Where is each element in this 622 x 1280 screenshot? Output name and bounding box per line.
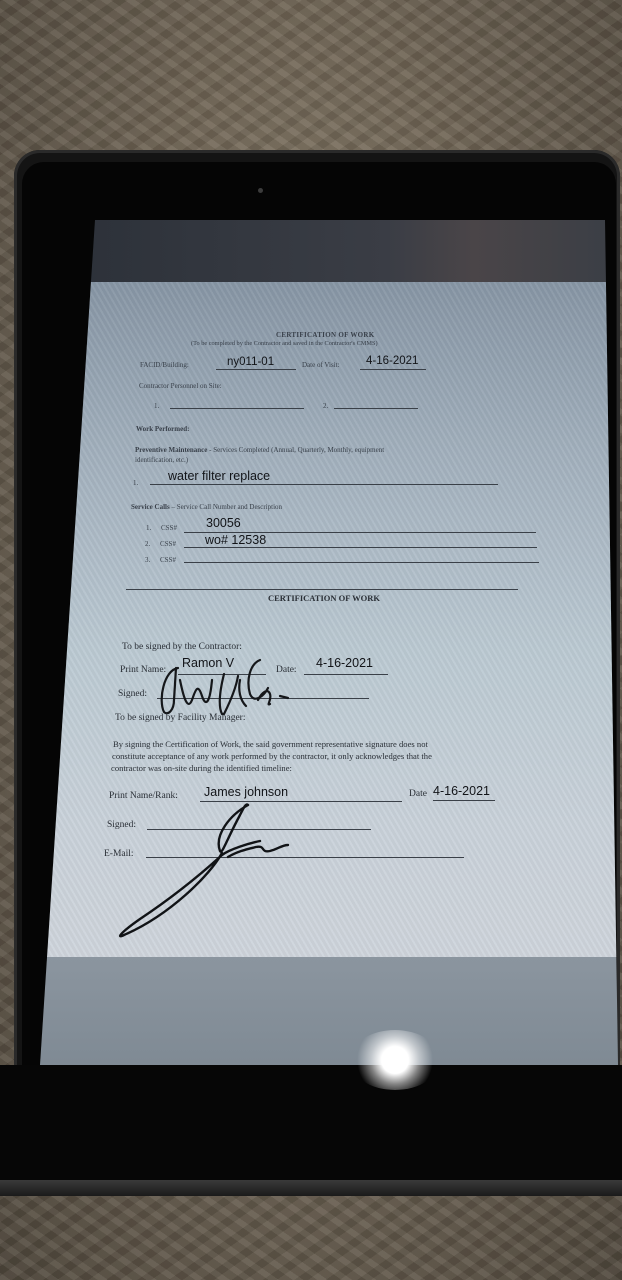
- pm-desc-line1: - Services Completed (Annual, Quarterly,…: [207, 446, 384, 454]
- work-performed-label: Work Performed:: [136, 425, 189, 433]
- disclaimer-line-3: contractor was on-site during the identi…: [111, 763, 292, 773]
- front-camera-icon: [258, 188, 263, 193]
- disclaimer-line-1: By signing the Certification of Work, th…: [113, 739, 428, 749]
- service-call-1-field[interactable]: 30056: [206, 516, 241, 530]
- facid-field[interactable]: ny011-01: [227, 356, 274, 368]
- service-calls-heading: Service Calls – Service Call Number and …: [131, 503, 282, 511]
- pm-item-1-field[interactable]: water filter replace: [168, 469, 270, 483]
- service-call-1-number: 1.: [146, 524, 151, 532]
- bottom-bar: [40, 957, 618, 1065]
- contractor-signature[interactable]: [150, 640, 330, 720]
- service-call-3-number: 3.: [145, 556, 150, 564]
- pm-desc-line2: identification, etc.): [135, 456, 188, 464]
- personnel-1-number: 1.: [154, 402, 159, 410]
- light-glare: [350, 1030, 440, 1090]
- manager-section-heading: To be signed by Facility Manager:: [115, 713, 245, 723]
- personnel-1-field[interactable]: [170, 408, 304, 409]
- top-bar: [40, 220, 618, 282]
- manager-date-field[interactable]: 4-16-2021: [433, 784, 490, 798]
- service-call-2-underline: [184, 547, 537, 548]
- section-divider: [126, 589, 518, 590]
- contractor-signed-label: Signed:: [118, 689, 147, 699]
- contractor-personnel-label: Contractor Personnel on Site:: [139, 382, 222, 390]
- form-header-subtitle: (To be completed by the Contractor and s…: [191, 340, 378, 347]
- pm-label: Preventive Maintenance: [135, 446, 207, 454]
- manager-date-label: Date: [409, 789, 427, 799]
- service-call-1-label: CSS#: [161, 524, 177, 532]
- service-call-2-field[interactable]: wo# 12538: [205, 533, 266, 547]
- facid-label: FACID/Building:: [140, 361, 189, 369]
- certification-title: CERTIFICATION OF WORK: [268, 593, 380, 603]
- date-of-visit-label: Date of Visit:: [302, 361, 340, 369]
- pm-item-1-number: 1.: [133, 479, 138, 487]
- tablet-case-edge: [0, 1180, 622, 1196]
- disclaimer-line-2: constitute acceptance of any work perfor…: [112, 751, 432, 761]
- pm-description: Preventive Maintenance - Services Comple…: [135, 446, 384, 454]
- pm-item-1-underline: [150, 484, 498, 485]
- date-of-visit-underline: [360, 369, 426, 370]
- service-call-2-label: CSS#: [160, 540, 176, 548]
- service-calls-desc: – Service Call Number and Description: [170, 503, 282, 511]
- service-call-2-number: 2.: [145, 540, 150, 548]
- facid-underline: [216, 369, 296, 370]
- manager-signature[interactable]: [110, 795, 300, 945]
- service-call-3-field[interactable]: [184, 562, 539, 563]
- form-header-title: CERTIFICATION OF WORK: [276, 331, 375, 339]
- service-calls-label: Service Calls: [131, 503, 170, 511]
- personnel-2-number: 2.: [323, 402, 328, 410]
- personnel-2-field[interactable]: [334, 408, 418, 409]
- manager-date-underline: [433, 800, 495, 801]
- date-of-visit-field[interactable]: 4-16-2021: [366, 355, 418, 367]
- service-call-3-label: CSS#: [160, 556, 176, 564]
- tablet-bottom-bezel: [0, 1065, 622, 1180]
